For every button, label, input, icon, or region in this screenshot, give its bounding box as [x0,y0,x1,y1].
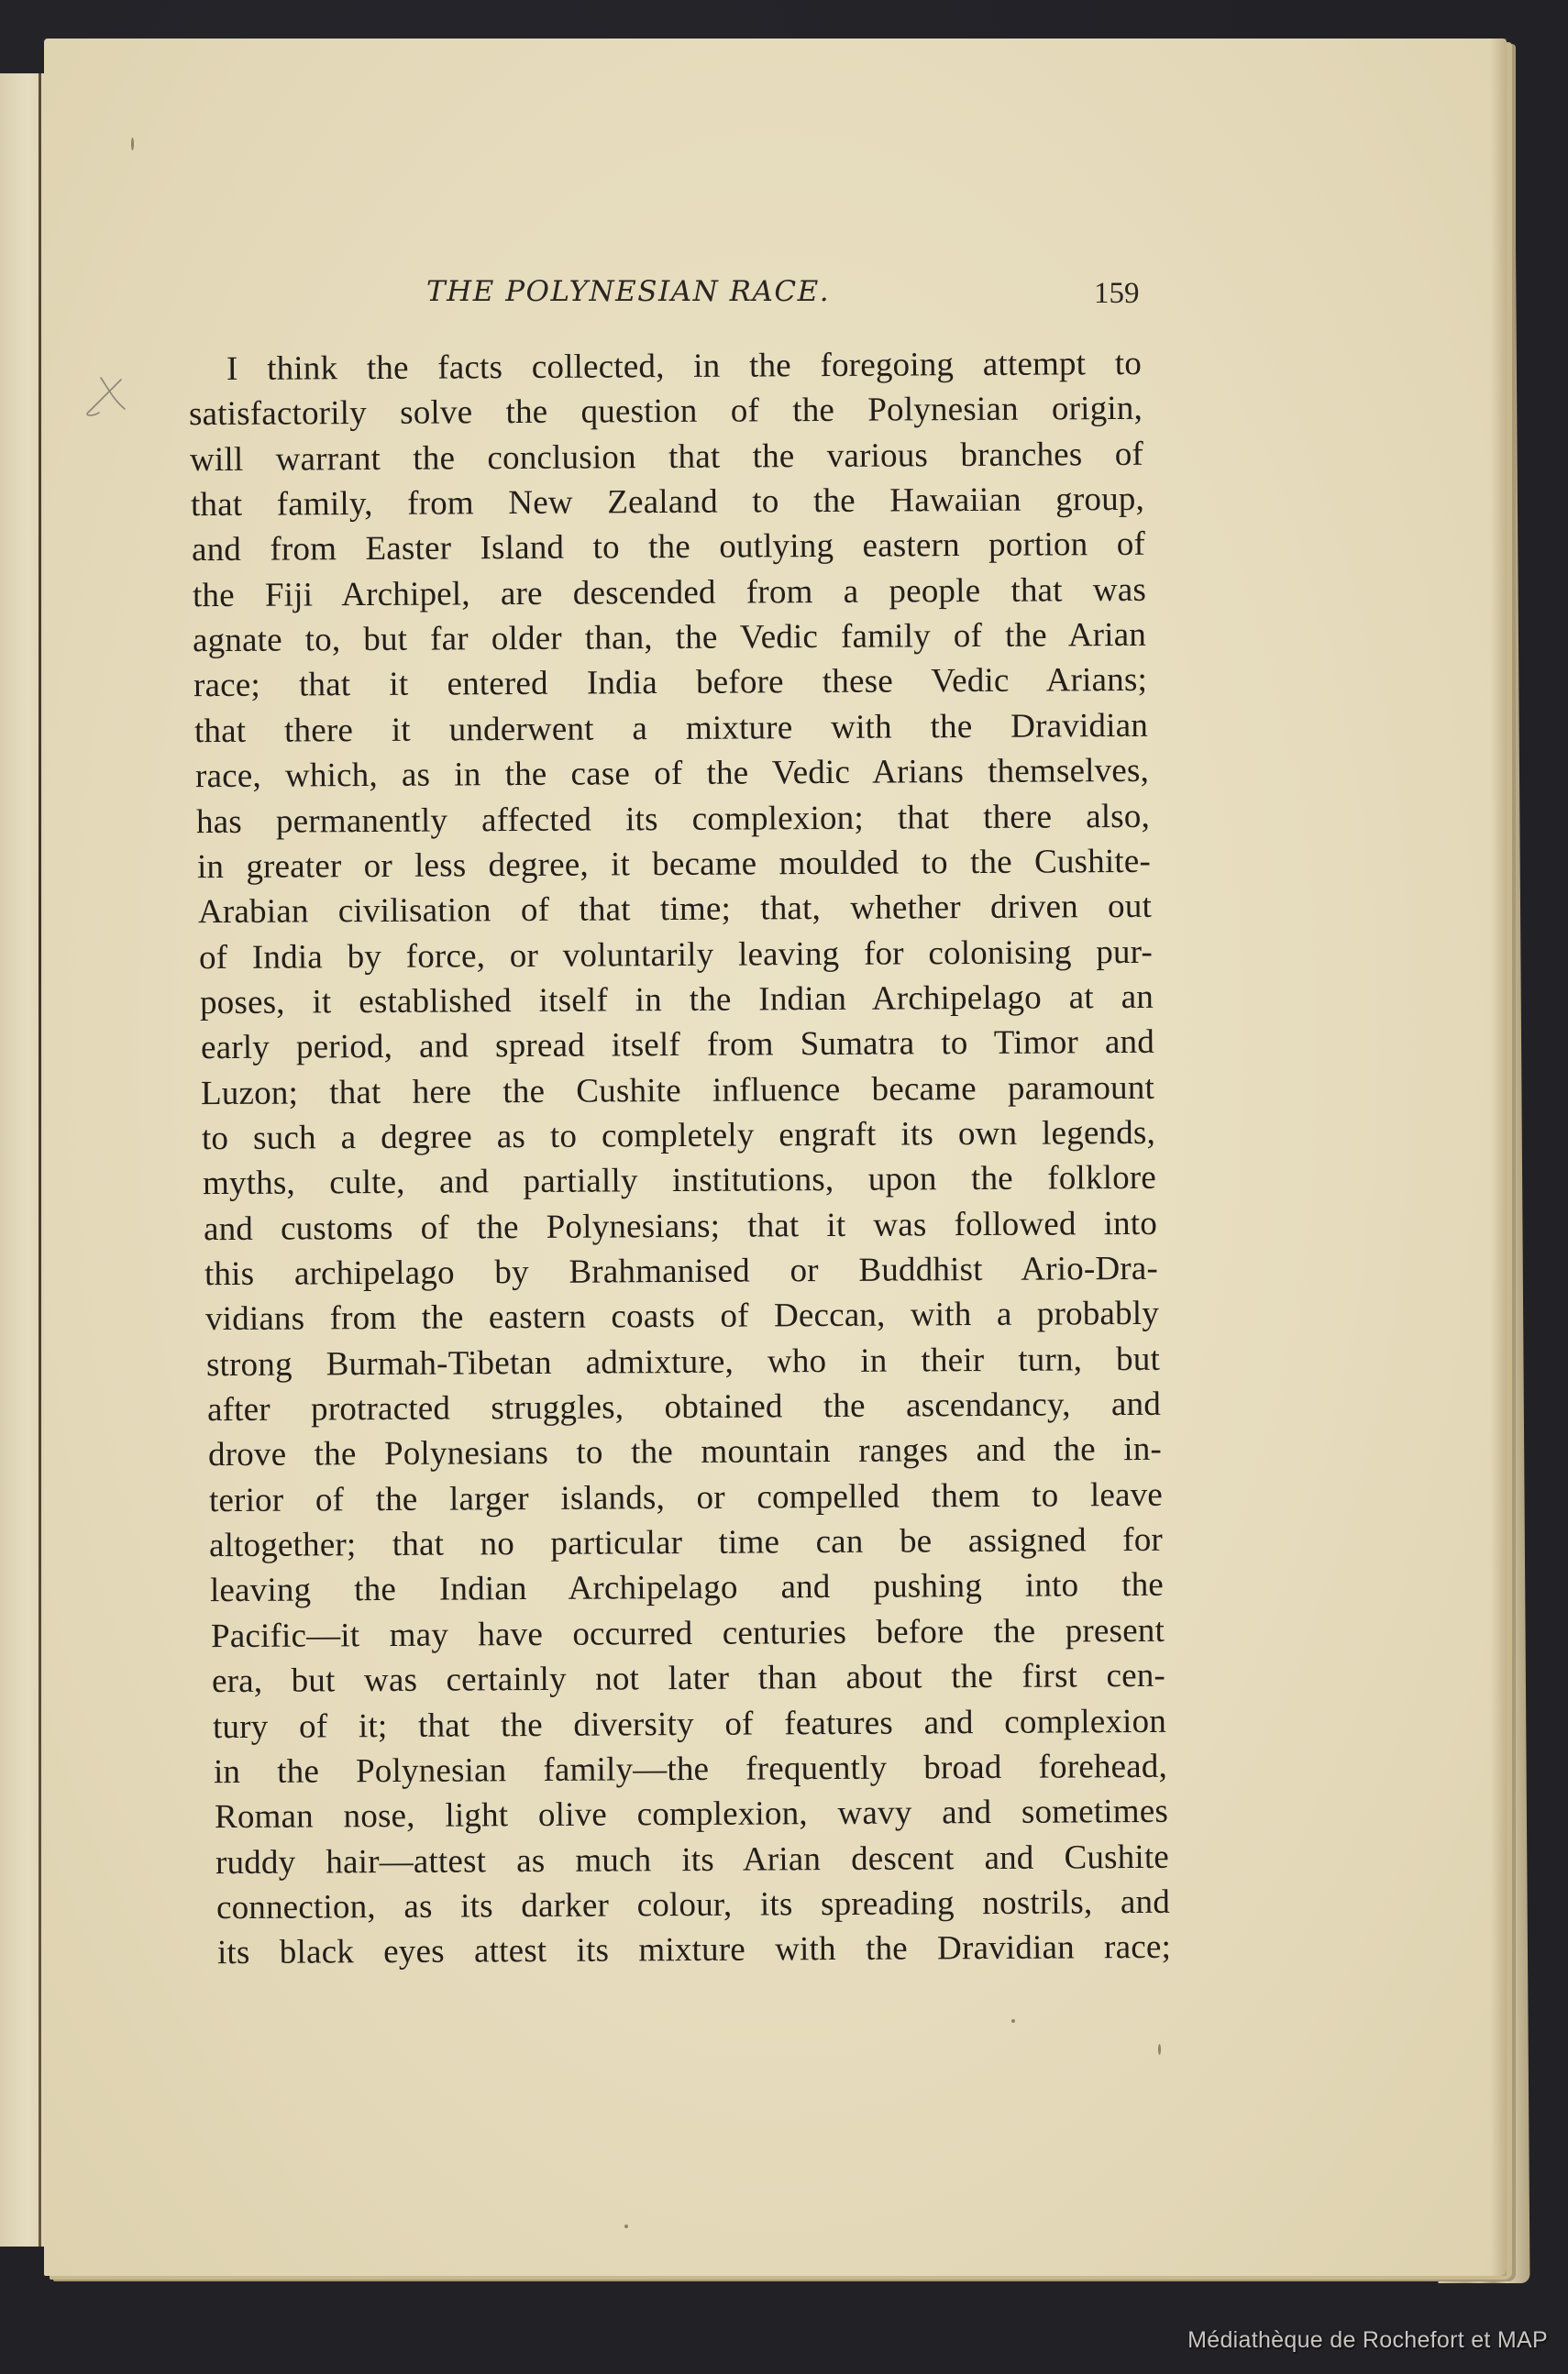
text-line: leaving the Indian Archipelago and pushi… [210,1565,1164,1610]
running-head: THE POLYNESIAN RACE. [426,275,830,308]
text-line: poses, it established itself in the Indi… [199,977,1153,1022]
text-line: era, but was certainly not later than ab… [212,1656,1165,1701]
text-line: tury of it; that the diversity of featur… [213,1701,1166,1746]
text-line: I think the facts collected, in the fore… [226,344,1142,389]
text-line: to such a degree as to completely engraf… [202,1113,1155,1158]
text-line: myths, culte, and partially institutions… [203,1158,1156,1203]
text-line: has permanently affected its complexion;… [196,796,1150,841]
text-line: drove the Polynesians to the mountain ra… [207,1430,1161,1474]
text-line: that family, from New Zealand to the Haw… [191,480,1144,524]
text-line: vidians from the eastern coasts of Decca… [205,1294,1159,1339]
text-line: in the Polynesian family—the frequently … [214,1747,1167,1792]
book-gutter [39,73,41,2247]
text-line: agnate to, but far older than, the Vedic… [193,615,1146,660]
library-watermark: Médiathèque de Rochefort et MAP [1187,2327,1548,2354]
text-line: early period, and spread itself from Sum… [200,1022,1154,1067]
text-line: Luzon; that here the Cushite influence b… [201,1067,1154,1112]
paper-speck [1158,2044,1161,2055]
text-line: Arabian civilisation of that time; that,… [198,887,1152,932]
text-line: strong Burmah-Tibetan admixture, who in … [206,1340,1160,1385]
paper-speck [131,138,134,150]
text-line: the Fiji Archipel, are descended from a … [192,570,1145,615]
text-line: and customs of the Polynesians; that it … [204,1203,1157,1248]
text-line: satisfactorily solve the question of the… [189,389,1143,434]
text-line: race, which, as in the case of the Vedic… [195,751,1149,796]
text-line: connection, as its darker colour, its sp… [215,1883,1169,1927]
text-line: terior of the larger islands, or compell… [208,1475,1162,1520]
text-line: Pacific—it may have occurred centuries b… [211,1611,1165,1656]
text-line: its black eyes attest its mixture with t… [216,1927,1170,1972]
text-line: will warrant the conclusion that the var… [190,435,1143,480]
paper-speck [624,2225,628,2228]
pencil-x-annotation [81,376,136,422]
text-line: this archipelago by Brahmanised or Buddh… [204,1249,1158,1294]
text-line: in greater or less degree, it became mou… [197,842,1151,887]
text-line: race; that it entered India before these… [193,660,1147,705]
text-line: ruddy hair—attest as much its Arian desc… [215,1837,1169,1882]
text-line: Roman nose, light olive complexion, wavy… [215,1792,1168,1837]
text-line: that there it underwent a mixture with t… [194,706,1148,751]
text-line: and from Easter Island to the outlying e… [191,524,1144,569]
text-line: after protracted struggles, obtained the… [207,1385,1161,1430]
paper-speck [1011,2019,1015,2023]
text-line: of India by force, or voluntarily leavin… [199,932,1153,977]
text-line: altogether; that no particular time can … [209,1520,1163,1565]
page-number: 159 [1094,277,1140,311]
